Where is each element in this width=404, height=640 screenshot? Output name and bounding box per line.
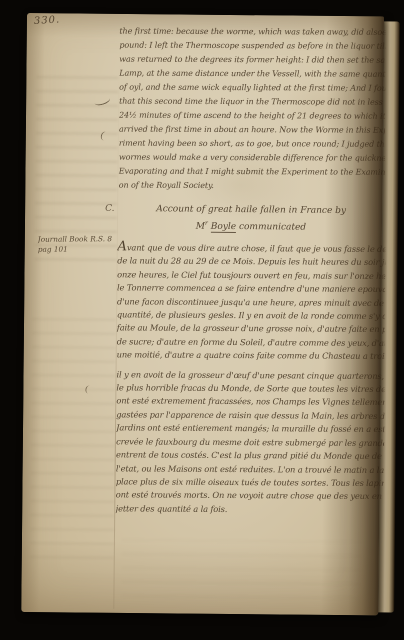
text-line: that this second time the liquor in the … bbox=[119, 95, 385, 110]
text-line: ont esté trouvés morts. On ne voyoit aut… bbox=[116, 489, 384, 504]
french-paragraph-part-2: il y en avoit de la grosseur d'œuf d'une… bbox=[116, 368, 385, 517]
ink-flourish-icon bbox=[85, 385, 93, 394]
ink-flourish-icon bbox=[93, 95, 111, 107]
book: 330. the first time: because the worme, … bbox=[21, 13, 400, 616]
text-line: Avant que de vous dire autre chose, il f… bbox=[117, 240, 385, 256]
text-line: jetter des quantité a la fois. bbox=[116, 502, 384, 517]
text-line: was returned to the degrees its former h… bbox=[119, 53, 385, 68]
heading-mr-superscript: r bbox=[205, 220, 208, 227]
margin-note: Journall Book R.S. 8 pag 101 bbox=[38, 234, 112, 254]
text-line: Evaporating and that I might submit the … bbox=[119, 165, 385, 180]
text-line: une moitié, d'autre a quatre coins faite… bbox=[117, 349, 385, 364]
text-line: on of the Royall Society. bbox=[119, 179, 385, 194]
text-line: arrived the first time in about an houre… bbox=[119, 123, 385, 138]
heading-line-1: Account of great haile fallen in France … bbox=[118, 202, 384, 219]
english-paragraph: the first time: because the worme, which… bbox=[119, 25, 386, 194]
photo-background: 330. the first time: because the worme, … bbox=[0, 0, 404, 640]
text-line: Lamp, at the same distance under the Ves… bbox=[119, 67, 385, 82]
heading-line-2: Mr Boyle communicated bbox=[118, 216, 384, 236]
margin-note-line-1: Journall Book R.S. 8 bbox=[38, 234, 112, 244]
text-line: the first time: because the worme, which… bbox=[119, 25, 385, 40]
text-line: wormes would make a very considerable di… bbox=[119, 151, 385, 166]
heading-communicated: communicated bbox=[236, 222, 306, 233]
text-line: riment having been so short, as to goe, … bbox=[119, 137, 385, 152]
manuscript-page: 330. the first time: because the worme, … bbox=[21, 13, 384, 615]
text-line: pound: I left the Thermoscope suspended … bbox=[119, 39, 385, 54]
text-line: le Tonnerre commencea a se faire entendr… bbox=[117, 282, 385, 297]
text-line: entrent de tous costés. C'est la plus gr… bbox=[116, 448, 384, 463]
margin-note-line-2: pag 101 bbox=[38, 244, 112, 254]
page-number: 330. bbox=[34, 14, 61, 27]
section-mark: C. bbox=[105, 204, 115, 214]
section-heading: Account of great haile fallen in France … bbox=[118, 202, 384, 236]
ink-flourish-icon bbox=[100, 131, 110, 142]
text-line: faite au Moule, de la grosseur d'une gro… bbox=[117, 322, 385, 337]
text-line: of oyl, and the same wick equally lighte… bbox=[119, 81, 385, 96]
french-paragraph: Avant que de vous dire autre chose, il f… bbox=[116, 240, 386, 517]
ink-bleed-through bbox=[121, 534, 362, 606]
text-line: de la nuit du 28 au 29 de ce Mois. Depui… bbox=[117, 255, 385, 270]
heading-mr: M bbox=[196, 222, 205, 232]
french-paragraph-part-1: Avant que de vous dire autre chose, il f… bbox=[117, 240, 386, 363]
heading-author-name: Boyle bbox=[211, 222, 236, 233]
text-line: 24½ minutes of time ascend to the height… bbox=[119, 109, 385, 124]
text-line: Jardins ont esté entierement mangés; la … bbox=[116, 422, 384, 437]
ink-bleed-through bbox=[30, 313, 116, 564]
